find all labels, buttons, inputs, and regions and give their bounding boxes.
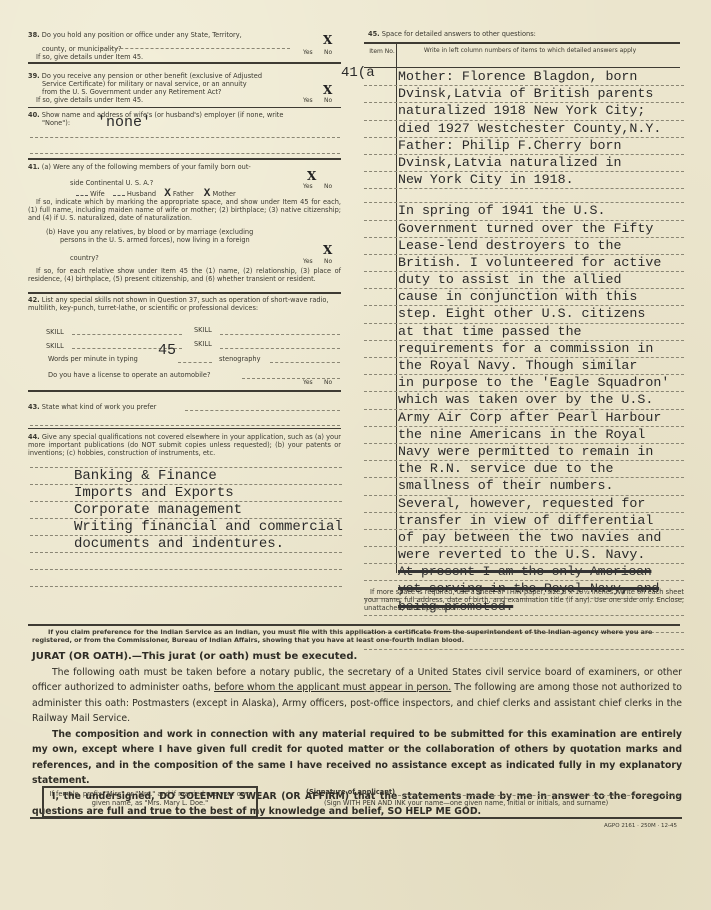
q42-number: 42. (28, 296, 40, 304)
q41a-yes-label: Yes (303, 183, 313, 191)
answer-line (30, 153, 340, 154)
skill-label-4: SKILL (194, 340, 212, 348)
jurat-paragraph-1: The following oath must be taken before … (32, 665, 682, 727)
q45-answer-line: died 1927 Westchester County,N.Y. (364, 121, 684, 138)
q45-answer-line: which was taken over by the U.S. (364, 392, 684, 409)
q41b-text: (b) Have you any relatives, by blood or … (46, 228, 336, 236)
q43-number: 43. (28, 403, 40, 411)
jurat-p1-underlined: before whom the applicant must appear in… (214, 682, 451, 693)
question-42: 42. List any special skills not shown in… (28, 296, 341, 312)
divider (28, 158, 341, 160)
signature-field[interactable] (398, 795, 680, 796)
q39-no-label: No (324, 97, 332, 105)
wpm-value[interactable]: 45 (158, 347, 176, 355)
q43-field-2[interactable] (30, 425, 340, 426)
q44-line: documents and indentures. (30, 536, 342, 553)
q45-answer-line: At present I am the only American (364, 564, 684, 581)
question-43: 43. State what kind of work you prefer (28, 403, 156, 411)
divider (30, 817, 682, 819)
signature-instructions: (Sign WITH PEN AND INK your name—one giv… (324, 799, 608, 807)
q39-yes-label: Yes (303, 97, 313, 105)
question-38: 38. Do you hold any position or office u… (28, 31, 343, 61)
member-husband[interactable]: Husband (127, 190, 156, 198)
q41-number: 41. (28, 163, 40, 171)
member-father[interactable]: Father (173, 190, 194, 198)
divider (364, 42, 680, 44)
answer-line (30, 137, 340, 138)
q44-line: Writing financial and commercial (30, 519, 342, 536)
q45-answer-lines[interactable]: Mother: Florence Blagdon, bornDvinsk,Lat… (364, 69, 684, 650)
steno-field[interactable] (270, 362, 340, 363)
q45-title: Space for detailed answers to other ques… (382, 30, 536, 38)
q39-text-3: from the U. S. Government under any Reti… (42, 88, 343, 96)
skill-label-1: SKILL (46, 328, 64, 336)
q39-text-2: Service Certificate) for military or nav… (42, 80, 343, 88)
license-yes[interactable]: Yes (303, 379, 313, 387)
question-41: 41. (a) Were any of the following member… (28, 163, 343, 187)
indian-service-notice: If you claim preference for the Indian S… (32, 628, 680, 644)
female-note-text: If female, prefix "Miss" or "Mrs." and i… (50, 790, 251, 807)
q41a-no-label: No (324, 183, 332, 191)
q40-answer[interactable]: 'none' (97, 119, 151, 127)
q38-no-mark[interactable]: X (323, 36, 332, 44)
q45-answer-line: step. Eight other U.S. citizens (364, 306, 684, 323)
q45-answer-line: were reverted to the U.S. Navy. (364, 547, 684, 564)
skill-field-4[interactable] (220, 348, 340, 349)
q38-leader (100, 48, 290, 49)
steno-label: stenography (219, 355, 261, 363)
q45-answer-line: of pay between the two navies and (364, 530, 684, 547)
q41a-text: (a) Were any of the following members of… (42, 163, 251, 171)
q39-instr: If so, give details under Item 45. (36, 96, 343, 104)
header-rule (364, 67, 680, 68)
q41b-yes-label: Yes (303, 258, 313, 266)
q44-line: Banking & Finance (30, 468, 342, 485)
license-question: Do you have a license to operate an auto… (48, 371, 210, 379)
q41a-instructions: If so, indicate which by marking the app… (28, 198, 341, 222)
q41b-text-3: country? (70, 254, 336, 262)
skill-label-3: SKILL (46, 342, 64, 350)
q38-number: 38. (28, 31, 40, 39)
q45-answer-line: the R.N. service due to the (364, 461, 684, 478)
q45-answer-line: Government turned over the Fifty (364, 221, 684, 238)
q45-answer-line: the nine Americans in the Royal (364, 427, 684, 444)
q41b-instructions: If so, for each relative show under Item… (28, 267, 341, 283)
q45-footnote: If more space is required, use a sheet o… (364, 588, 684, 612)
q44-line (30, 570, 342, 587)
q44-line (30, 451, 342, 468)
q45-answer-line: Army Air Corp after Pearl Harbour (364, 410, 684, 427)
q43-field[interactable] (185, 410, 340, 411)
q38-no-label: No (324, 49, 332, 57)
wpm-field (178, 362, 212, 363)
q44-number: 44. (28, 433, 40, 441)
q45-answer-line: in purpose to the 'Eagle Squadron' (364, 375, 684, 392)
family-members: Wife Husband X Father X Mother (76, 190, 236, 198)
col-desc-header: Write in left column numbers of items to… (420, 47, 640, 54)
q45-answer-line: cause in conjunction with this (364, 289, 684, 306)
license-no[interactable]: No (324, 379, 332, 387)
q45-answer-line: the Royal Navy. Though similar (364, 358, 684, 375)
jurat-heading: JURAT (OR OATH).—This jurat (or oath) mu… (32, 649, 682, 665)
q44-line: Imports and Exports (30, 485, 342, 502)
q38-text: Do you hold any position or office under… (42, 31, 242, 39)
q45-answer-line: requirements for a commission in (364, 341, 684, 358)
q41b-no-label: No (324, 258, 332, 266)
skill-field-1[interactable] (72, 334, 182, 335)
q45-answer-line: Father: Philip F.Cherry born (364, 138, 684, 155)
q39-text: Do you receive any pension or other bene… (42, 72, 262, 80)
question-40: 40. Show name and address of wife's (or … (28, 111, 343, 127)
q41b: (b) Have you any relatives, by blood or … (46, 228, 336, 262)
q45-number: 45. (368, 30, 380, 38)
divider (28, 390, 341, 392)
q40-text-2: "None"): (42, 119, 343, 127)
q45-answer-line: Dvinsk,Latvia of British parents (364, 86, 684, 103)
q45-answer-line (364, 189, 684, 203)
q45-answer-line: In spring of 1941 the U.S. (364, 203, 684, 220)
divider (28, 107, 341, 108)
q45-answer-line: naturalized 1918 New York City; (364, 103, 684, 120)
q45-answer-line: New York City in 1918. (364, 172, 684, 189)
q45-answer-line: at that time passed the (364, 324, 684, 341)
q40-text: Show name and address of wife's (or husb… (42, 111, 284, 119)
q45-answer-line: Lease-lend destroyers to the (364, 238, 684, 255)
q45-answer-line: Mother: Florence Blagdon, born (364, 69, 684, 86)
q41a-yes-mark[interactable]: X (307, 172, 316, 180)
signature-label: (Signature of applicant) (306, 788, 395, 796)
q39-no-mark[interactable]: X (323, 86, 332, 94)
question-45: 45. Space for detailed answers to other … (368, 30, 536, 38)
q41b-text-2: persons in the U. S. armed forces), now … (60, 236, 336, 244)
q38-text-2: county, or municipality? (42, 45, 343, 53)
q45-answer-line: Navy were permitted to remain in (364, 444, 684, 461)
q44-line: Corporate management (30, 502, 342, 519)
q45-answer-line: Several, however, requested for (364, 496, 684, 513)
divider (28, 428, 341, 429)
q44-line (30, 553, 342, 570)
q41b-no-mark[interactable]: X (323, 246, 332, 254)
divider (28, 292, 341, 294)
member-wife[interactable]: Wife (90, 190, 105, 198)
skill-label-2: SKILL (194, 326, 212, 334)
print-code: AGPO 2161 · 250M · 12-45 (604, 822, 677, 830)
wpm-label: Words per minute in typing (48, 355, 138, 363)
q40-number: 40. (28, 111, 40, 119)
q44-answers[interactable]: Banking & Finance Imports and Exports Co… (30, 451, 342, 587)
skill-field-2[interactable] (220, 334, 340, 335)
q45-answer-line: smallness of their numbers. (364, 478, 684, 495)
q45-answer-line: Dvinsk,Latvia naturalized in (364, 155, 684, 172)
col-item-header: Item No. (368, 48, 396, 55)
form-page: 38. Do you hold any position or office u… (0, 0, 711, 910)
q42-text: List any special skills not shown in Que… (28, 296, 329, 312)
jurat-paragraph-2: The composition and work in connection w… (32, 727, 682, 789)
q38-instr: If so, give details under Item 45. (36, 53, 343, 61)
divider (28, 624, 680, 626)
q38-yes-label: Yes (303, 49, 313, 57)
member-mother[interactable]: Mother (213, 190, 236, 198)
divider (28, 62, 341, 64)
q45-answer-line: British. I volunteered for active (364, 255, 684, 272)
q39-number: 39. (28, 72, 40, 80)
question-39: 39. Do you receive any pension or other … (28, 72, 343, 104)
q43-text: State what kind of work you prefer (42, 403, 157, 411)
q45-answer-line: duty to assist in the allied (364, 272, 684, 289)
female-prefix-note: If female, prefix "Miss" or "Mrs." and i… (42, 786, 258, 818)
q45-answer-line: transfer in view of differential (364, 513, 684, 530)
